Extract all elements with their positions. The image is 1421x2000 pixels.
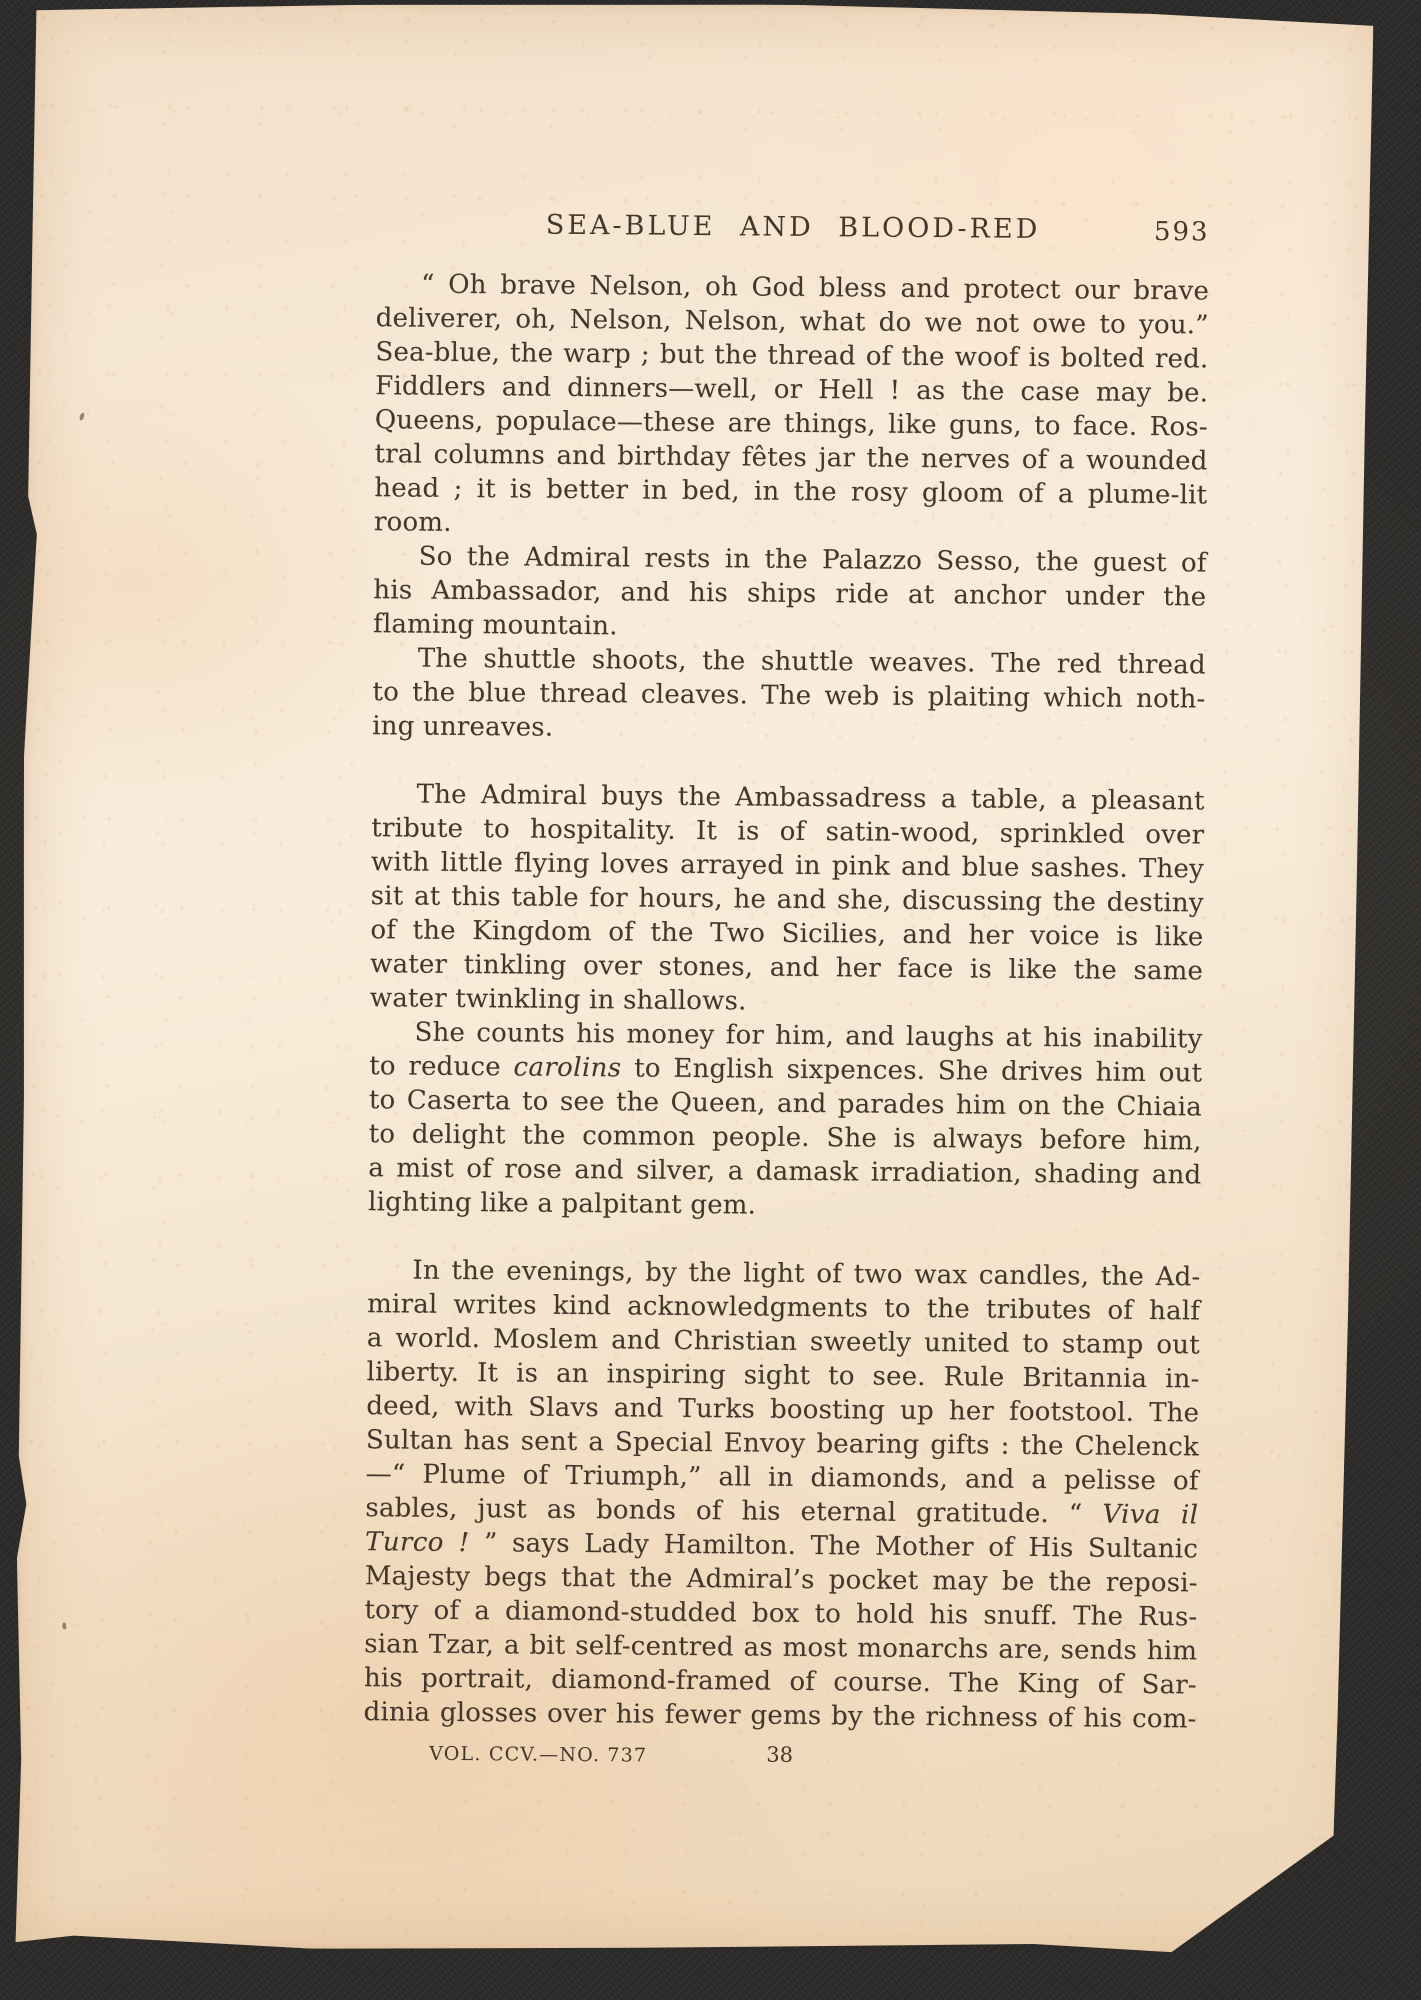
paragraph: The shuttle shoots, the shuttle weaves. …	[372, 641, 1206, 750]
paragraph: The Admiral buys the Ambassadress a tabl…	[370, 777, 1205, 1022]
paragraph: “ Oh brave Nelson, oh God bless and prot…	[374, 267, 1209, 546]
page-title: SEA-BLUE AND BLOOD-RED	[376, 209, 1209, 246]
running-head: SEA-BLUE AND BLOOD-RED 593	[376, 209, 1209, 248]
paragraph: So the Admiral rests in the Palazzo Sess…	[373, 539, 1207, 648]
paragraph: In the evenings, by the light of two wax…	[363, 1253, 1200, 1736]
paper-fleck	[62, 1622, 67, 1630]
paragraph: She counts his money for him, and laughs…	[368, 1015, 1203, 1226]
document-page: SEA-BLUE AND BLOOD-RED 593 “ Oh brave Ne…	[14, 0, 1379, 1960]
volume-issue-line: VOL. CCV.—NO. 737	[429, 1743, 647, 1767]
page-footer: 38 VOL. CCV.—NO. 737	[363, 1739, 1196, 1774]
text-line: head ; it is better in bed, in the rosy …	[374, 471, 1207, 512]
paper-fleck	[79, 412, 85, 421]
backdrop: SEA-BLUE AND BLOOD-RED 593 “ Oh brave Ne…	[0, 0, 1421, 2000]
page-number: 593	[1154, 217, 1210, 247]
text-line: dinia glosses over his fewer gems by the…	[363, 1695, 1196, 1736]
body-text: “ Oh brave Nelson, oh God bless and prot…	[363, 267, 1209, 1736]
